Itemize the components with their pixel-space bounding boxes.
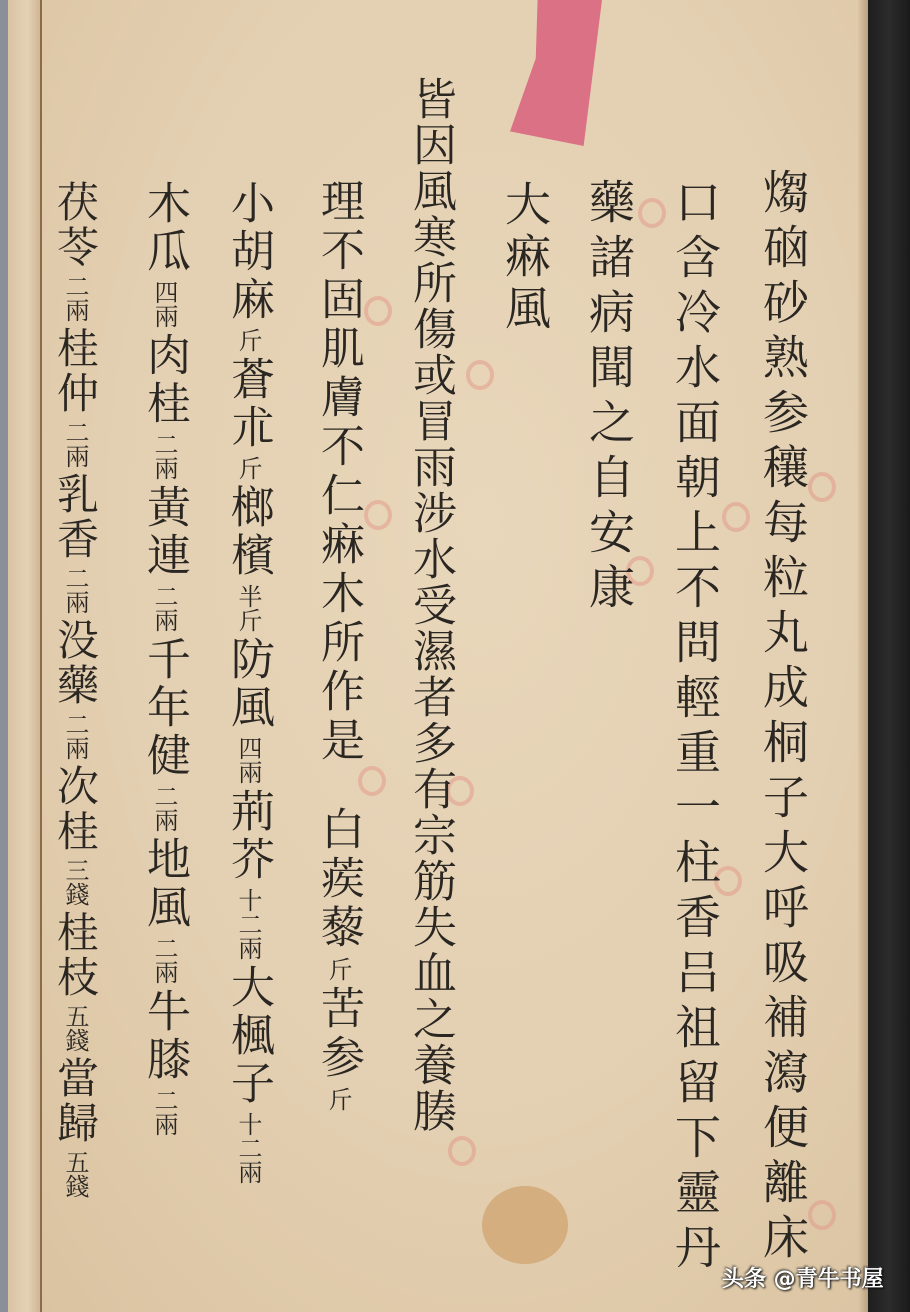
herb-dose: 二兩 [61, 420, 89, 468]
seal-mark [808, 1200, 836, 1230]
herb-name: 桂枝 [51, 910, 100, 1000]
herb-dose: 二兩 [61, 566, 89, 614]
herb-name: 榔檳 [223, 484, 274, 580]
watermark: 头条 @青牛书屋 [722, 1262, 884, 1293]
seal-mark [722, 502, 750, 532]
seal-mark [808, 472, 836, 502]
seal-mark [364, 296, 392, 326]
seal-mark [466, 360, 494, 390]
seal-mark [364, 500, 392, 530]
text-column-7: 小胡麻斤蒼朮斤榔檳半斤防風四兩荊芥十二兩大楓子十二兩 [226, 180, 270, 1188]
herb-dose: 半斤 [234, 584, 262, 632]
herb-dose: 五錢 [61, 1004, 89, 1052]
herb-name: 乳香 [51, 472, 100, 562]
text-column-5: 皆因風寒所傷或冒雨涉水受濕者多有宗筋失血之養腠 [408, 76, 452, 1134]
herb-name: 當歸 [51, 1056, 100, 1146]
herb-dose: 三錢 [61, 858, 89, 906]
herb-name: 小胡麻 [223, 180, 274, 324]
seal-mark [358, 766, 386, 796]
herb-name: 木瓜 [139, 180, 190, 276]
column-6-text: 理不固肌膚不仁痳木所作是 [313, 178, 364, 766]
herb-name: 没藥 [51, 618, 100, 708]
herb-name: 黃連 [139, 484, 190, 580]
section-heading-column: 大痳風 [502, 180, 548, 336]
water-stain [482, 1186, 568, 1264]
herb-dose: 二兩 [150, 584, 178, 632]
herb-name: 苦参 [313, 985, 364, 1083]
seal-mark [448, 1136, 476, 1166]
herb-dose: 五錢 [61, 1150, 89, 1198]
herb-dose: 斤 [324, 1087, 352, 1111]
herb-dose: 二兩 [150, 1088, 178, 1136]
dark-binding-cover [868, 0, 910, 1312]
herb-dose: 四兩 [150, 280, 178, 328]
text-column-9: 茯苓二兩桂仲二兩乳香二兩没藥二兩次桂三錢桂枝五錢當歸五錢 [54, 180, 96, 1202]
seal-mark [638, 198, 666, 228]
herb-dose: 斤 [234, 328, 262, 352]
text-column-2: 口含冷水面朝上不問輕重一柱香吕祖留下靈丹 [672, 178, 718, 1278]
herb-dose: 二兩 [61, 274, 89, 322]
text-column-6: 理不固肌膚不仁痳木所作是白蒺藜斤苦参斤 [316, 178, 360, 1115]
text-column-3: 藥諸病聞之自安康 [586, 178, 632, 618]
herb-dose: 十二兩 [234, 1112, 262, 1184]
herb-dose: 二兩 [150, 784, 178, 832]
herb-name: 茯苓 [51, 180, 100, 270]
herb-dose: 二兩 [150, 432, 178, 480]
herb-name: 荊芥 [223, 788, 274, 884]
herb-name: 大楓子 [223, 964, 274, 1108]
herb-dose: 斤 [234, 456, 262, 480]
herb-name: 地風 [139, 836, 190, 932]
herb-dose: 四兩 [234, 736, 262, 784]
herb-name: 肉桂 [139, 332, 190, 428]
herb-dose: 十二兩 [234, 888, 262, 960]
herb-name: 蒼朮 [223, 356, 274, 452]
herb-name: 白蒺藜 [313, 806, 364, 953]
herb-name: 桂仲 [51, 326, 100, 416]
herb-dose: 斤 [324, 957, 352, 981]
herb-name: 牛膝 [139, 988, 190, 1084]
text-column-8: 木瓜四兩肉桂二兩黃連二兩千年健二兩地風二兩牛膝二兩 [142, 180, 186, 1140]
herb-name: 防風 [223, 636, 274, 732]
herb-dose: 二兩 [150, 936, 178, 984]
herb-name: 次桂 [51, 764, 100, 854]
book-spine-fold [8, 0, 42, 1312]
text-column-1: 煼硇砂熟参穰每粒丸成桐子大呼吸補瀉便離床 [760, 168, 806, 1268]
herb-name: 千年健 [139, 636, 190, 780]
herb-dose: 二兩 [61, 712, 89, 760]
